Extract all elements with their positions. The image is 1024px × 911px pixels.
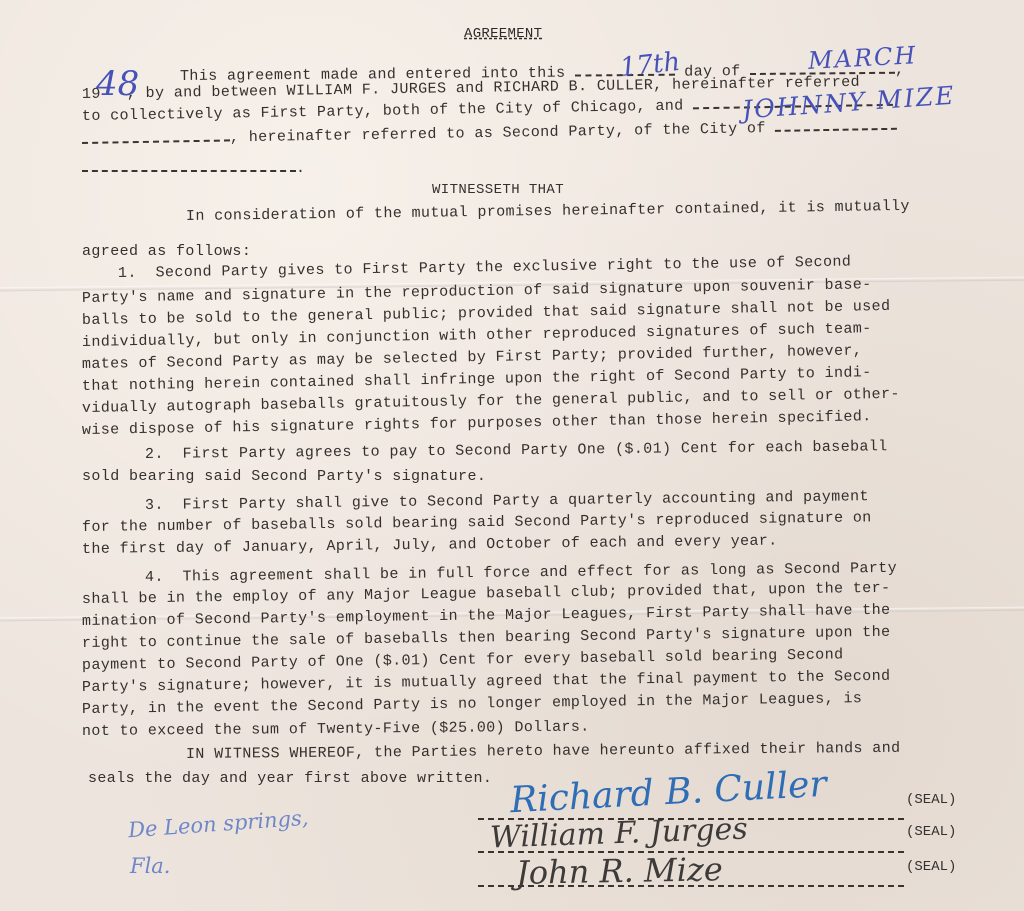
city-blank-2 — [775, 128, 897, 132]
preamble-line-5: . — [82, 160, 305, 177]
handwritten-year: 48 — [96, 64, 139, 104]
clause-2-line: sold bearing said Second Party's signatu… — [82, 468, 486, 485]
signature-richard-culler: Richard B. Culler — [509, 764, 827, 822]
city-blank-1 — [82, 139, 230, 144]
seal-label: (SEAL) — [906, 859, 956, 875]
agreement-document: AGREEMENT This agreement made and entere… — [0, 0, 1024, 911]
handwritten-month: MARCH — [807, 41, 918, 75]
consideration-line: In consideration of the mutual promises … — [186, 198, 910, 225]
document-title: AGREEMENT — [464, 26, 542, 42]
witness-line: IN WITNESS WHEREOF, the Parties hereto h… — [186, 740, 901, 763]
clause-4-line: not to exceed the sum of Twenty-Five ($2… — [82, 719, 590, 740]
seal-label: (SEAL) — [906, 824, 956, 840]
seal-label: (SEAL) — [906, 792, 956, 808]
witness-line: seals the day and year first above writt… — [88, 770, 492, 787]
witnesseth-heading: WITNESSETH THAT — [432, 182, 564, 198]
clause-3-line: the first day of January, April, July, a… — [82, 533, 778, 558]
handwritten-location: De Leon springs, — [127, 806, 309, 843]
handwritten-location: Fla. — [130, 854, 170, 878]
signature-john-mize: John R. Mize — [516, 850, 723, 892]
clause-2-line: 2. First Party agrees to pay to Second P… — [145, 438, 888, 463]
city-blank-3 — [82, 170, 296, 172]
consideration-line: agreed as follows: — [82, 243, 251, 260]
